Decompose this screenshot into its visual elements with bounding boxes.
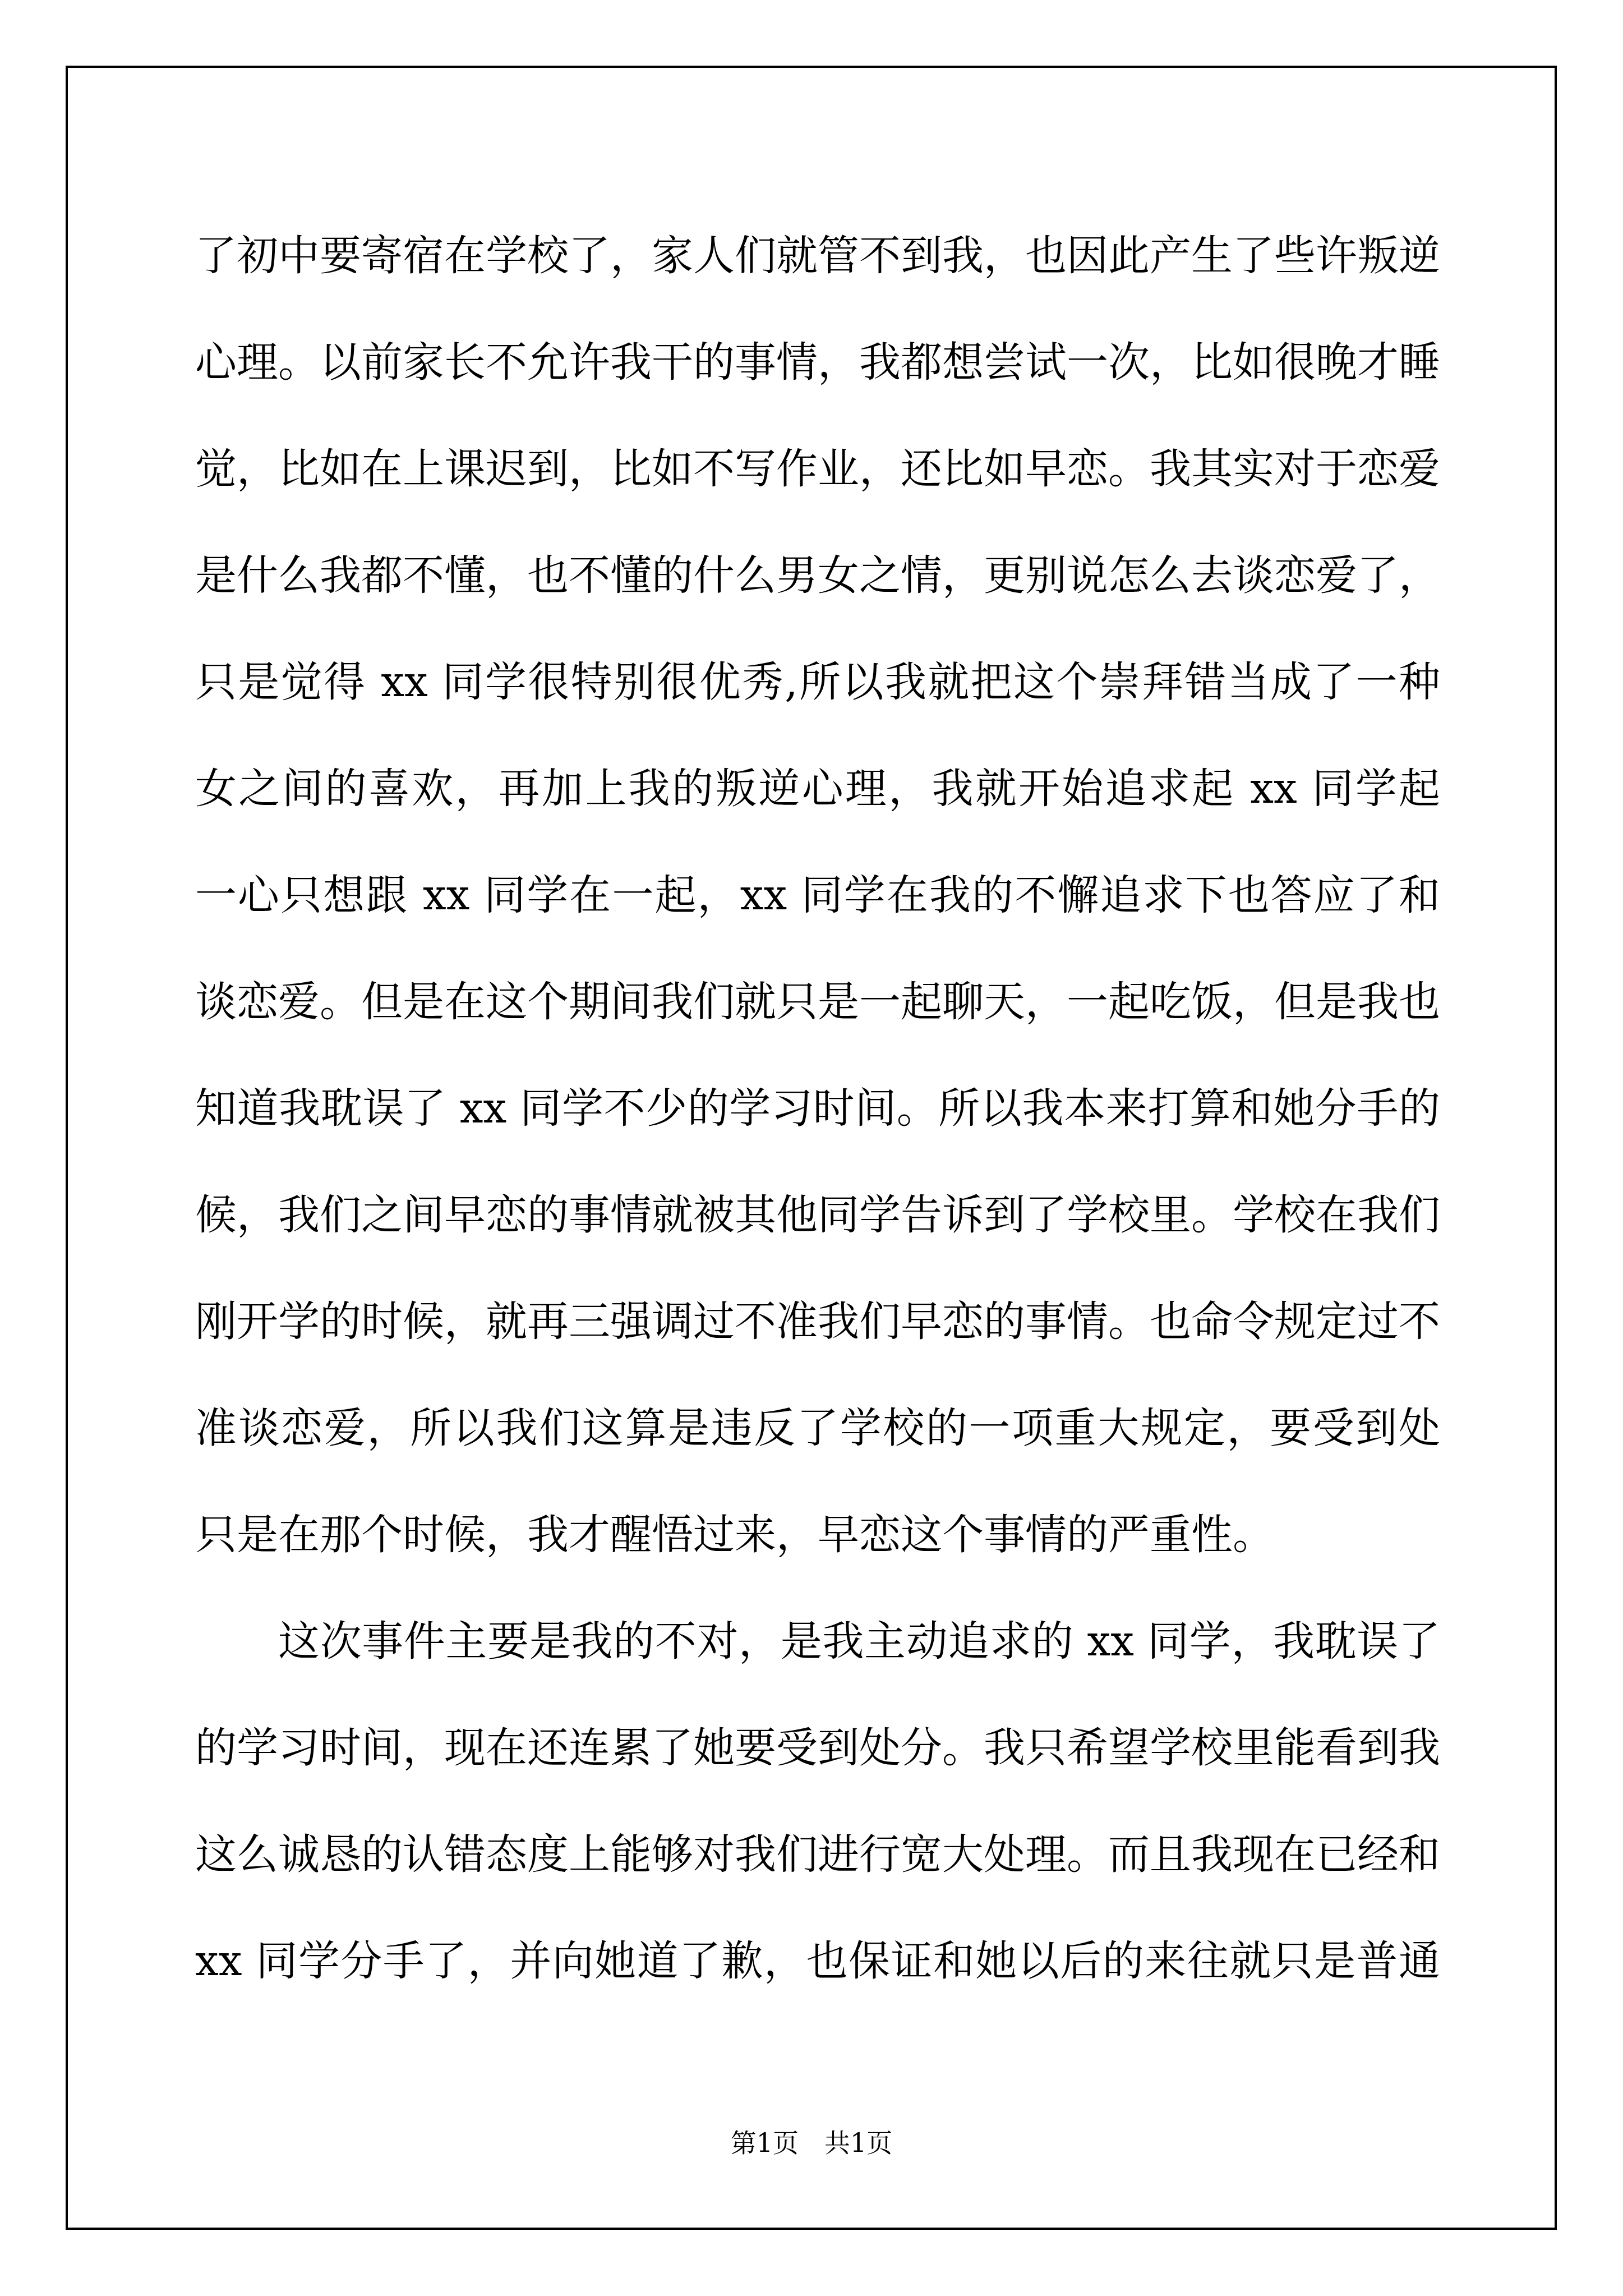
document-page: 了初中要寄宿在学校了，家人们就管不到我，也因此产生了些许叛逆 心理。以前家长不允… bbox=[0, 0, 1623, 2296]
text-line: 心理。以前家长不允许我干的事情，我都想尝试一次，比如很晚才睡 bbox=[195, 309, 1440, 416]
text-line: 候，我们之间早恋的事情就被其他同学告诉到了学校里。学校在我们 bbox=[195, 1162, 1440, 1268]
text-line: 这么诚恳的认错态度上能够对我们进行宽大处理。而且我现在已经和 bbox=[195, 1801, 1440, 1908]
text-line: 的学习时间，现在还连累了她要受到处分。我只希望学校里能看到我 bbox=[195, 1695, 1440, 1801]
page-footer: 第1页 共1页 bbox=[0, 2125, 1623, 2161]
text-line: 一心只想跟 xx 同学在一起，xx 同学在我的不懈追求下也答应了和我 bbox=[195, 842, 1440, 949]
text-line: 知道我耽误了 xx 同学不少的学习时间。所以我本来打算和她分手的时 bbox=[195, 1055, 1440, 1162]
text-line: 是什么我都不懂，也不懂的什么男女之情，更别说怎么去谈恋爱了， bbox=[195, 522, 1440, 629]
text-line: xx 同学分手了，并向她道了歉，也保证和她以后的来往就只是普通同 bbox=[195, 1908, 1440, 2014]
text-line: 谈恋爱。但是在这个期间我们就只是一起聊天，一起吃饭，但是我也 bbox=[195, 949, 1440, 1055]
text-line: 女之间的喜欢，再加上我的叛逆心理，我就开始追求起 xx 同学起来， bbox=[195, 735, 1440, 842]
page-number-indicator: 第1页 共1页 bbox=[731, 2128, 893, 2158]
text-line-paragraph-start: 这次事件主要是我的不对，是我主动追求的 xx 同学，我耽误了她 bbox=[195, 1588, 1440, 1695]
text-line: 刚开学的时候，就再三强调过不准我们早恋的事情。也命令规定过不 bbox=[195, 1268, 1440, 1375]
text-line: 准谈恋爱，所以我们这算是违反了学校的一项重大规定，要受到处罚。 bbox=[195, 1375, 1440, 1481]
document-body: 了初中要寄宿在学校了，家人们就管不到我，也因此产生了些许叛逆 心理。以前家长不允… bbox=[195, 203, 1440, 2014]
text-line: 觉，比如在上课迟到，比如不写作业，还比如早恋。我其实对于恋爱 bbox=[195, 416, 1440, 522]
text-line: 只是在那个时候，我才醒悟过来，早恋这个事情的严重性。 bbox=[195, 1481, 1440, 1588]
text-line: 了初中要寄宿在学校了，家人们就管不到我，也因此产生了些许叛逆 bbox=[195, 203, 1440, 309]
text-line: 只是觉得 xx 同学很特别很优秀,所以我就把这个崇拜错当成了一种男 bbox=[195, 629, 1440, 735]
